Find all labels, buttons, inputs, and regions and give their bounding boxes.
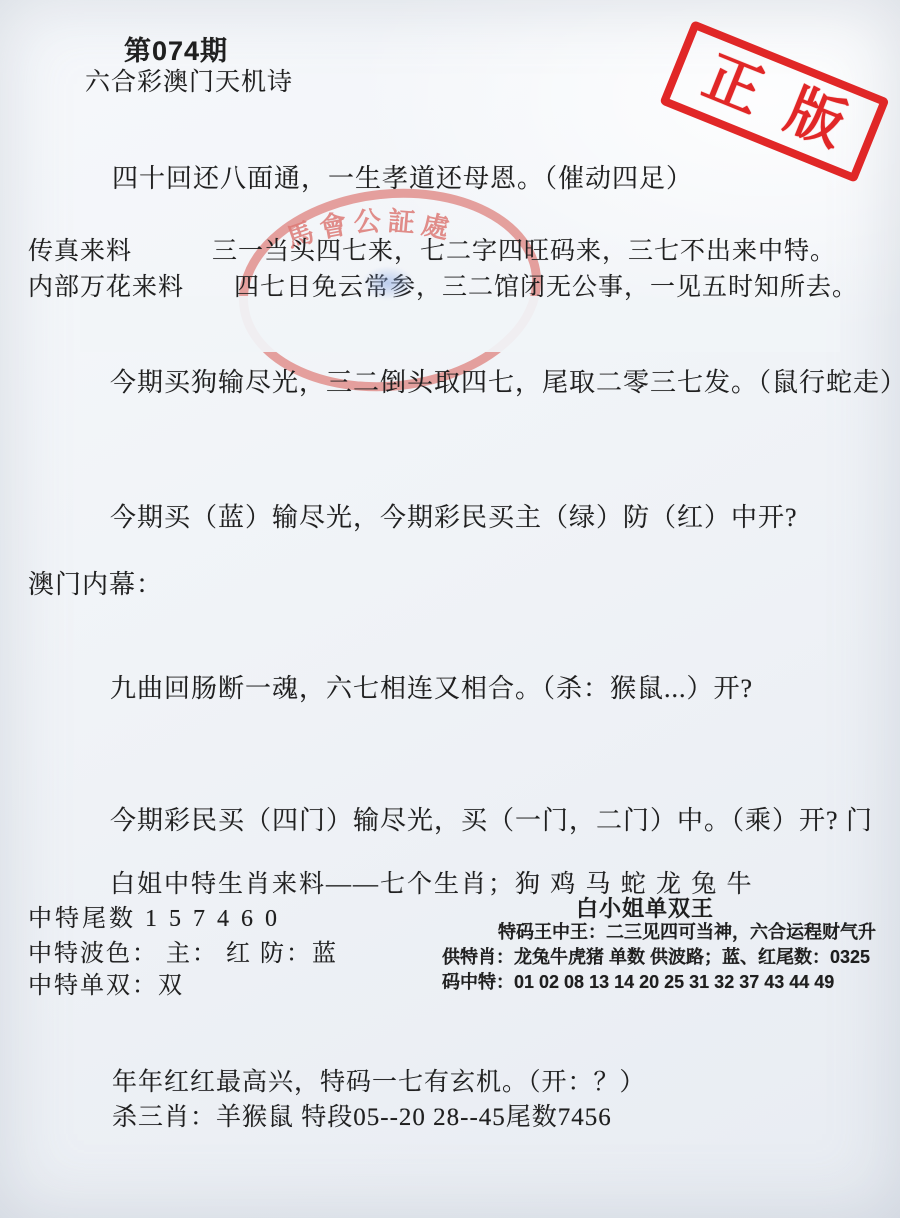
macau-insider-label: 澳门内幕： (28, 564, 163, 601)
kill-three-zodiac-line: 杀三肖：羊猴鼠 特段05--20 28--45尾数7456 (112, 1097, 612, 1133)
fax-poem: 三一当头四七来，七二字四旺码来，三七不出来中特。 (212, 231, 836, 267)
special-odd-even: 中特单双：双 (28, 965, 184, 1000)
fax-source-label: 传真来料 (28, 231, 132, 267)
genuine-stamp: 正 版 (659, 20, 889, 183)
page-title: 六合彩澳门天机诗 (85, 62, 293, 98)
blue-smudge (362, 266, 414, 300)
color-poem: 今期买（蓝）输尽光，今期彩民买主（绿）防（红）中开? (110, 497, 798, 534)
nine-poem: 九曲回肠断一魂，六七相连又相合。（杀：猴鼠...）开? (110, 668, 753, 705)
internal-poem: 四七日免云常参，三二馆闭无公事，一见五时知所去。 (234, 267, 858, 303)
doors-poem: 今期彩民买（四门）输尽光，买（一门，二门）中。（乘）开? 门 (110, 800, 873, 837)
dog-poem: 今期买狗输尽光，三二倒头取四七，尾取二零三七发。（鼠行蛇走） (110, 362, 900, 399)
special-code-numbers-line: 码中特：01 02 08 13 14 20 25 31 32 37 43 44 … (442, 968, 834, 994)
offered-zodiac-line: 供特肖：龙兔牛虎猪 单数 供波路；蓝、红尾数：0325 (442, 943, 870, 969)
special-tail-numbers: 中特尾数 1 5 7 4 6 0 (28, 898, 280, 933)
genuine-stamp-char-1: 正 (696, 48, 770, 122)
scan-whiteout-band (80, 296, 840, 352)
opening-poem: 四十回还八面通，一生孝道还母恩。（催动四足） (112, 158, 693, 195)
scanned-lottery-sheet: 馬會公証處 第074期 六合彩澳门天机诗 四十回还八面通，一生孝道还母恩。（催动… (0, 0, 900, 1218)
king-of-kings-line: 特码王中王：二三见四可当神，六合运程财气升 (498, 918, 876, 944)
footer-poem: 年年红红最高兴，特码一七有玄机。（开：？） (112, 1062, 646, 1098)
internal-source-label: 内部万花来料 (28, 267, 184, 303)
special-wave-color: 中特波色： 主： 红 防：蓝 (28, 933, 338, 968)
genuine-stamp-char-2: 版 (779, 81, 853, 155)
